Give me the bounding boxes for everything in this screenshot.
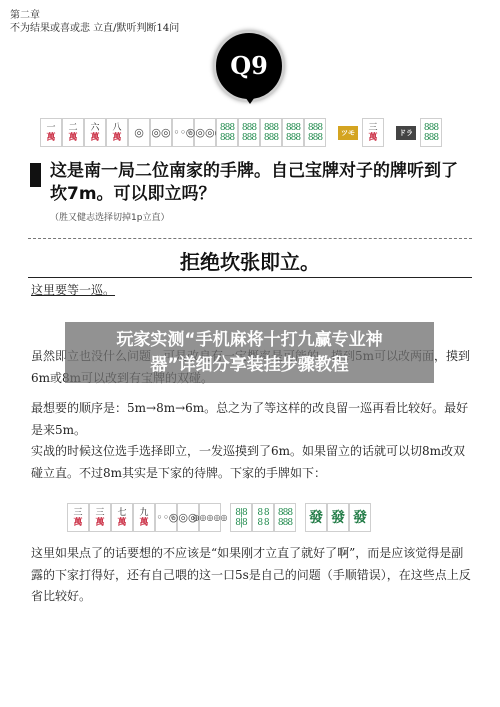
- wait-line: 这里要等一巡。: [31, 281, 115, 298]
- tsumo-tag: ツモ: [338, 126, 358, 140]
- tile-hatsu: 發: [305, 503, 327, 532]
- tile-dora-6s: 888888: [420, 118, 442, 147]
- watermark-line-1: 玩家实测“手机麻将十打九赢专业神: [65, 328, 434, 353]
- tile-7s: 888888: [282, 118, 304, 147]
- tile-5s: 8|88|8: [230, 503, 252, 532]
- tile-1p: ◎: [128, 118, 150, 147]
- tile-2p: ◎◎: [150, 118, 172, 147]
- tile-hatsu: 發: [327, 503, 349, 532]
- watermark-banner: 玩家实测“手机麻将十打九赢专业神 器”详细分享装挂步骤教程: [65, 322, 434, 383]
- tile-7s: 888888: [304, 118, 326, 147]
- tile-3m: 三萬: [89, 503, 111, 532]
- tile-6m: 六萬: [84, 118, 106, 147]
- question-badge: Q9: [213, 30, 285, 102]
- solid-divider: [28, 277, 472, 278]
- chapter-subtitle: 不为结果或喜或悲 立直/默听判断14问: [10, 22, 179, 35]
- question-text: 这是南一局二位南家的手牌。自己宝牌对子的牌听到了坎7m。可以即立吗？: [50, 160, 470, 206]
- tile-hatsu: 發: [349, 503, 371, 532]
- question-marker-icon: [30, 163, 41, 187]
- paragraph-3: 实战的时候这位选手选择即立，一发巡摸到了6m。如果留立的话就可以切8m改双碰立直…: [31, 441, 471, 484]
- tile-7s: 888888: [260, 118, 282, 147]
- tile-6s: 888888: [238, 118, 260, 147]
- hand-top: 一萬 二萬 六萬 八萬 ◎ ◎◎ ◦◦◦ ◎◎◎◎ 888888 888888 …: [40, 118, 442, 147]
- tile-7m: 七萬: [111, 503, 133, 532]
- tile-9m: 九萬: [133, 503, 155, 532]
- tile-tsumo-3m: 三萬: [362, 118, 384, 147]
- tile-6s: 888888: [274, 503, 296, 532]
- tile-3m: 三萬: [67, 503, 89, 532]
- question-note: （胜又健志选择切掉1p立直）: [50, 210, 169, 223]
- tile-8m: 八萬: [106, 118, 128, 147]
- tile-1m: 一萬: [40, 118, 62, 147]
- hand-shimocha: 三萬 三萬 七萬 九萬 ◦◦◦ ◎◎◎◎ ◎◎◎◎◎ 8|88|8 8 88 8…: [67, 503, 371, 532]
- tile-6s: 888888: [216, 118, 238, 147]
- paragraph-4: 这里如果点了的话要想的不应该是“如果刚才立直了就好了啊”，而是应该觉得是副露的下…: [31, 543, 471, 608]
- dashed-divider: [28, 238, 472, 239]
- watermark-line-2: 器”详细分享装挂步骤教程: [65, 353, 434, 378]
- tile-4p: ◎◎◎◎: [194, 118, 216, 147]
- tile-4s: 8 88 8: [252, 503, 274, 532]
- badge-label: Q9: [213, 30, 285, 102]
- paragraph-2: 最想要的顺序是：5m→8m→6m。总之为了等这样的改良留一巡再看比较好。最好是来…: [31, 398, 471, 441]
- tile-5p: ◎◎◎◎◎: [199, 503, 221, 532]
- page-header: 第二章 不为结果或喜或悲 立直/默听判断14问: [10, 9, 179, 35]
- tile-2m: 二萬: [62, 118, 84, 147]
- dora-tag: ドラ: [396, 126, 416, 140]
- answer-title: 拒绝坎张即立。: [0, 246, 500, 275]
- chapter-label: 第二章: [10, 9, 179, 22]
